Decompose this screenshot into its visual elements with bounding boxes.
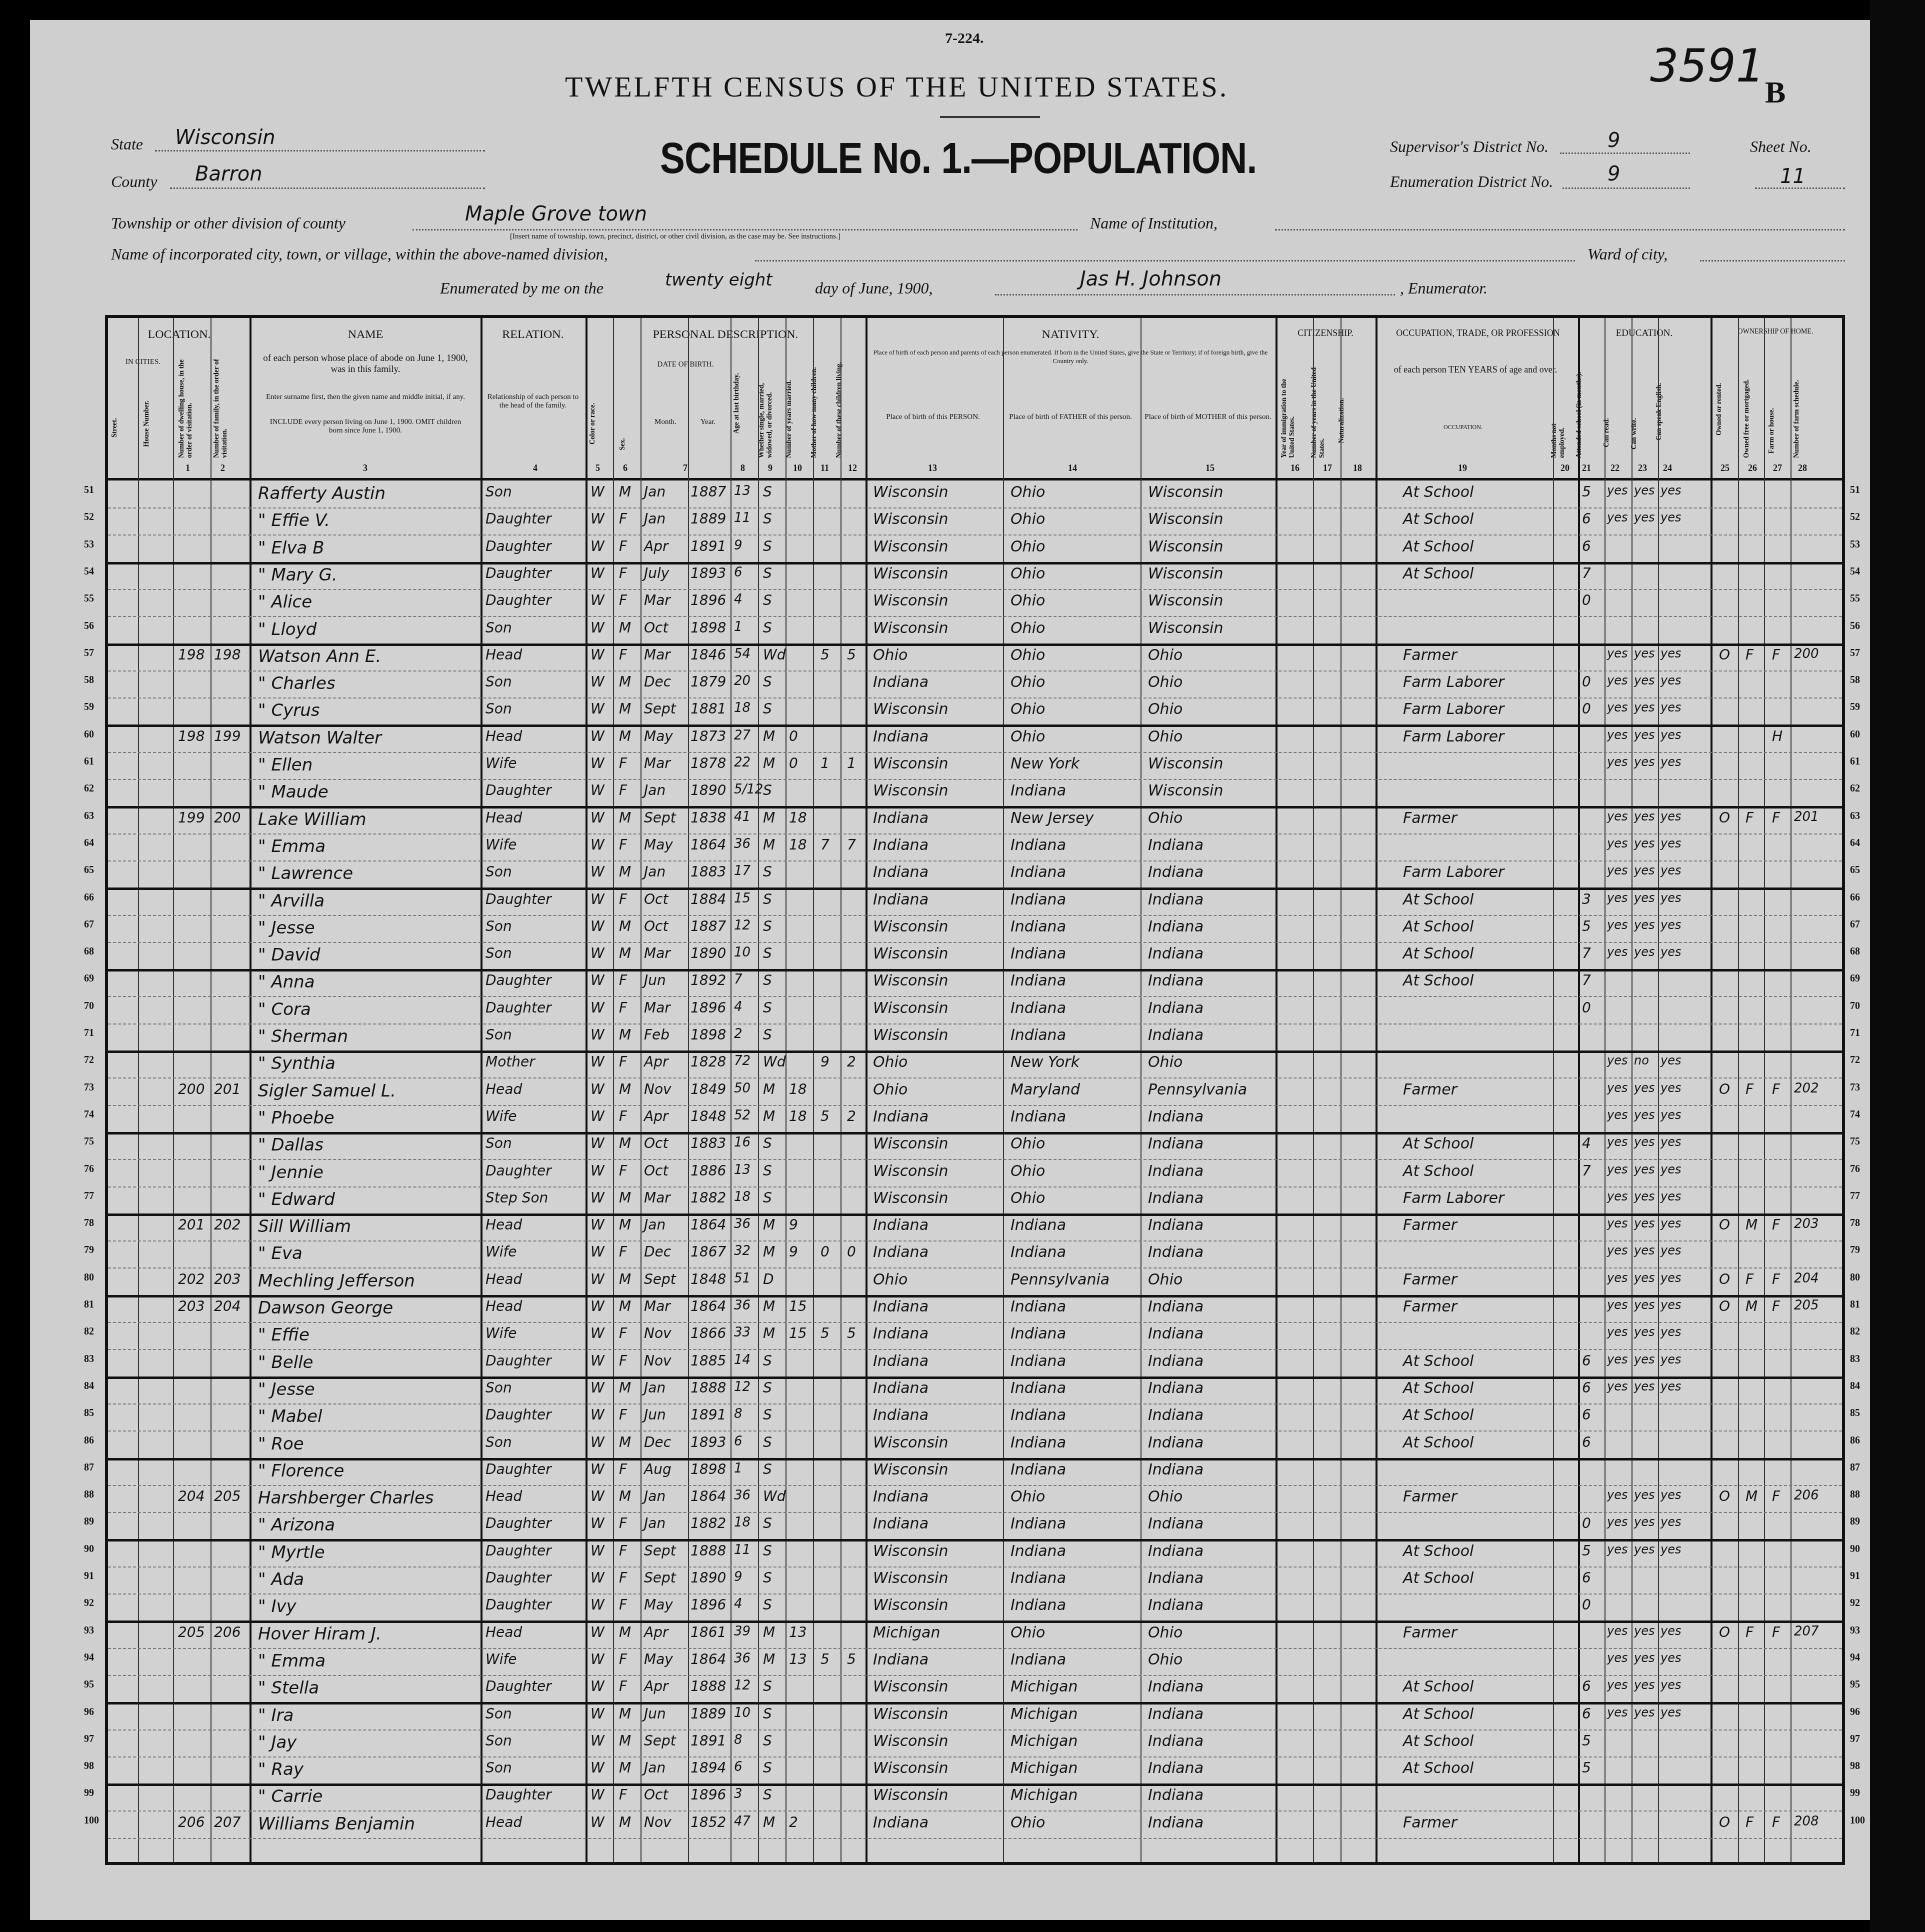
birth-month: May	[644, 728, 673, 744]
table-row: " Charles Son W M Dec 1879 20 S Indiana …	[108, 670, 1842, 698]
sex: M	[619, 863, 631, 880]
birthplace-person: Wisconsin	[873, 483, 948, 501]
birthplace-person: Wisconsin	[873, 1569, 948, 1587]
line-number-right: 99	[1850, 1787, 1860, 1799]
line-number-left: 59	[84, 701, 94, 713]
birthplace-father: Ohio	[1010, 1488, 1045, 1505]
birth-month: May	[644, 836, 673, 853]
person-name: Mechling Jefferson	[258, 1271, 415, 1291]
birth-year: 1846	[690, 646, 726, 663]
county-label: County	[111, 172, 157, 191]
age: 10	[734, 1705, 750, 1720]
vh-mother-of: Mother of how many children.	[810, 358, 818, 458]
table-row: 204 205 Harshberger Charles Head W M Jan…	[108, 1485, 1842, 1513]
can-read: yes	[1607, 1162, 1627, 1176]
birth-month: Mar	[644, 1298, 670, 1314]
relation: Head	[485, 1624, 522, 1640]
table-row: " Belle Daughter W F Nov 1885 14 S India…	[108, 1349, 1842, 1379]
sex: F	[619, 592, 627, 608]
birthplace-person: Wisconsin	[873, 1759, 948, 1777]
years-married: 9	[789, 1243, 798, 1260]
dwelling-number: 204	[178, 1488, 204, 1504]
sex: M	[619, 809, 631, 826]
months-school: 5	[1582, 483, 1591, 500]
birth-year: 1888	[690, 1542, 726, 1559]
table-row: " Effie Wife W F Nov 1866 33 M 15 5 5 In…	[108, 1322, 1842, 1350]
name-desc: of each person whose place of abode on J…	[263, 353, 468, 375]
color: W	[590, 592, 604, 608]
person-name: " Emma	[258, 1651, 325, 1671]
speaks-english: yes	[1660, 755, 1681, 769]
sex: M	[619, 1759, 631, 1776]
birth-year: 1852	[690, 1814, 726, 1830]
can-read: yes	[1607, 1352, 1627, 1366]
marital-status: M	[763, 755, 775, 771]
table-row: " Anna Daughter W F Jun 1892 7 S Wiscons…	[108, 969, 1842, 997]
months-school: 6	[1582, 1705, 1591, 1722]
sex: F	[619, 1678, 627, 1694]
sheet-letter: B	[1765, 75, 1785, 110]
birthplace-father: Michigan	[1010, 1759, 1078, 1777]
sex: M	[619, 1814, 631, 1830]
birth-year: 1888	[690, 1678, 726, 1694]
birthplace-person: Wisconsin	[873, 1461, 948, 1478]
birth-month: Jan	[644, 1216, 665, 1233]
farm-house: F	[1772, 1081, 1780, 1097]
color: W	[590, 1488, 604, 1504]
table-row: " Mabel Daughter W F Jun 1891 8 S Indian…	[108, 1403, 1842, 1431]
age: 4	[734, 592, 742, 607]
birthplace-mother: Wisconsin	[1148, 538, 1223, 555]
enumerator-line	[995, 294, 1395, 295]
table-row: 198 198 Watson Ann E. Head W F Mar 1846 …	[108, 643, 1842, 671]
sex: F	[619, 891, 627, 907]
can-write: yes	[1634, 1542, 1654, 1556]
birth-year: 1882	[690, 1189, 726, 1206]
occupation: Farm Laborer	[1403, 673, 1504, 691]
birth-year: 1888	[690, 1379, 726, 1396]
can-write: yes	[1634, 1216, 1654, 1230]
vh-immigration: Year of immigration to the United States…	[1280, 363, 1296, 458]
marital-status: S	[763, 1189, 772, 1206]
age: 36	[734, 1298, 750, 1313]
line-number-right: 57	[1850, 647, 1860, 659]
relation: Daughter	[485, 592, 551, 608]
birth-year: 1887	[690, 918, 726, 934]
marital-status: S	[763, 1352, 772, 1369]
age: 5/12	[734, 782, 763, 797]
age: 1	[734, 1461, 742, 1476]
birth-year: 1861	[690, 1624, 726, 1640]
can-write: yes	[1634, 483, 1654, 497]
line-number-right: 78	[1850, 1217, 1860, 1229]
state-line	[155, 150, 485, 151]
can-write: yes	[1634, 510, 1654, 524]
marital-status: M	[763, 809, 775, 826]
line-number-left: 75	[84, 1136, 94, 1147]
relation: Daughter	[485, 782, 551, 798]
person-name: " Edward	[258, 1189, 335, 1209]
age: 52	[734, 1108, 750, 1123]
person-name: " Stella	[258, 1678, 319, 1698]
person-name: " Jesse	[258, 918, 315, 938]
birth-year: 1898	[690, 1026, 726, 1043]
marital-status: S	[763, 1026, 772, 1043]
birthplace-person: Ohio	[873, 646, 907, 664]
line-number-right: 73	[1850, 1082, 1860, 1093]
color: W	[590, 619, 604, 636]
birthplace-father: Ohio	[1010, 538, 1045, 555]
marital-status: S	[763, 565, 772, 581]
color: W	[590, 483, 604, 500]
relation: Daughter	[485, 1406, 551, 1423]
birthplace-father: New Jersey	[1010, 809, 1093, 827]
colnum-20: 20	[1560, 463, 1569, 473]
birthplace-father: Indiana	[1010, 918, 1066, 935]
speaks-english: yes	[1660, 1108, 1681, 1122]
marital-status: S	[763, 945, 772, 961]
person-name: " David	[258, 945, 320, 965]
table-row: 199 200 Lake William Head W M Sept 1838 …	[108, 806, 1842, 834]
table-row: " Ivy Daughter W F May 1896 4 S Wisconsi…	[108, 1593, 1842, 1623]
table-row: " Ellen Wife W F Mar 1878 22 M 0 1 1 Wis…	[108, 752, 1842, 780]
birthplace-father: Ohio	[1010, 646, 1045, 664]
stamp-number: 3591	[1650, 40, 1764, 92]
can-read: yes	[1607, 918, 1627, 932]
person-name: " Ellen	[258, 755, 312, 775]
free-mortgaged: F	[1745, 646, 1753, 663]
color: W	[590, 1298, 604, 1314]
color: W	[590, 863, 604, 880]
age: 36	[734, 1651, 750, 1666]
person-name: " Ray	[258, 1759, 303, 1779]
line-number-right: 86	[1850, 1435, 1860, 1446]
color: W	[590, 1651, 604, 1667]
line-number-left: 84	[84, 1380, 94, 1392]
birthplace-father: Ohio	[1010, 510, 1045, 528]
relation: Son	[485, 1379, 512, 1396]
township-line	[412, 229, 1077, 230]
speaks-english: yes	[1660, 1515, 1681, 1529]
age: 6	[734, 1434, 742, 1449]
colnum-25: 25	[1720, 463, 1729, 473]
occupation: Farm Laborer	[1403, 700, 1504, 718]
birthplace-person: Wisconsin	[873, 700, 948, 718]
age: 11	[734, 510, 750, 525]
birthplace-mother: Wisconsin	[1148, 755, 1223, 772]
person-name: " Anna	[258, 972, 315, 992]
sex: M	[619, 1732, 631, 1749]
line-number-left: 78	[84, 1217, 94, 1229]
birthplace-mother: Wisconsin	[1148, 565, 1223, 582]
line-number-right: 62	[1850, 783, 1860, 794]
birthplace-father: Indiana	[1010, 1026, 1066, 1044]
occupation: Farmer	[1403, 1488, 1457, 1505]
months-school: 5	[1582, 1732, 1591, 1749]
months-school: 7	[1582, 945, 1591, 961]
line-number-left: 81	[84, 1299, 94, 1310]
mother-of: 5	[820, 1651, 829, 1667]
can-read: yes	[1607, 1379, 1627, 1393]
speaks-english: yes	[1660, 891, 1681, 905]
marital-status: S	[763, 700, 772, 717]
relation: Wife	[485, 1108, 517, 1124]
occupation: At School	[1403, 1406, 1473, 1424]
can-read: yes	[1607, 1651, 1627, 1665]
marital-status: M	[763, 1624, 775, 1640]
relation: Wife	[485, 1325, 517, 1341]
birthplace-father: Michigan	[1010, 1732, 1078, 1750]
birth-year: 1884	[690, 891, 726, 907]
birth-year: 1891	[690, 1732, 726, 1749]
owned-rented: O	[1719, 1814, 1730, 1830]
person-name: Williams Benjamin	[258, 1814, 415, 1834]
marital-status: M	[763, 1081, 775, 1097]
mother-of: 9	[820, 1053, 829, 1070]
age: 7	[734, 972, 742, 987]
birthplace-person: Indiana	[873, 1298, 928, 1315]
birth-month: Mar	[644, 592, 670, 608]
month-label: Month.	[643, 418, 688, 426]
birthplace-person: Indiana	[873, 1379, 928, 1397]
color: W	[590, 1678, 604, 1694]
months-school: 3	[1582, 891, 1591, 907]
age: 12	[734, 918, 750, 933]
occupation: At School	[1403, 1542, 1473, 1560]
can-read: yes	[1607, 1515, 1627, 1529]
birthplace-mother: Indiana	[1148, 1243, 1203, 1261]
dwelling-number: 198	[178, 728, 204, 744]
enumeration-value: 9	[1607, 162, 1620, 185]
farm-schedule: 204	[1794, 1271, 1819, 1286]
person-name: " Effie V.	[258, 510, 330, 530]
group-occupation: OCCUPATION, TRADE, OR PROFESSION	[1378, 328, 1578, 338]
relation: Daughter	[485, 891, 551, 907]
mother-of: 1	[820, 755, 829, 771]
months-school: 0	[1582, 700, 1591, 717]
color: W	[590, 700, 604, 717]
line-number-right: 65	[1850, 864, 1860, 876]
color: W	[590, 646, 604, 663]
person-name: " Jay	[258, 1732, 296, 1752]
can-write: yes	[1634, 755, 1654, 769]
age: 13	[734, 483, 750, 498]
sex: F	[619, 1569, 627, 1586]
birth-month: Jan	[644, 1759, 665, 1776]
relation: Mother	[485, 1053, 535, 1070]
farm-schedule: 208	[1794, 1814, 1819, 1829]
line-number-left: 95	[84, 1679, 94, 1690]
years-married: 13	[789, 1624, 807, 1640]
color: W	[590, 972, 604, 988]
birth-father-label: Place of birth of FATHER of this person.	[1005, 413, 1135, 421]
occupation: At School	[1403, 1678, 1473, 1695]
birthplace-father: Indiana	[1010, 836, 1066, 854]
birth-month: Sept	[644, 700, 676, 717]
birthplace-mother: Wisconsin	[1148, 592, 1223, 609]
birth-year: 1881	[690, 700, 726, 717]
relation: Daughter	[485, 999, 551, 1016]
can-read: yes	[1607, 891, 1627, 905]
speaks-english: yes	[1660, 1216, 1681, 1230]
scan-border	[1870, 0, 1925, 1932]
farm-house: F	[1772, 1488, 1780, 1504]
years-married: 9	[789, 1216, 798, 1233]
birth-month: Jan	[644, 1488, 665, 1504]
line-number-left: 53	[84, 539, 94, 550]
sheet-no-value: 11	[1780, 165, 1805, 188]
birth-year: 1896	[690, 1596, 726, 1613]
line-number-left: 82	[84, 1326, 94, 1337]
birth-year: 1893	[690, 1434, 726, 1450]
birthplace-father: Ohio	[1010, 1162, 1045, 1180]
person-name: " Roe	[258, 1434, 304, 1454]
birth-person-label: Place of birth of this PERSON.	[868, 413, 998, 421]
birthplace-person: Wisconsin	[873, 538, 948, 555]
line-number-right: 91	[1850, 1570, 1860, 1582]
birthplace-mother: Indiana	[1148, 1026, 1203, 1044]
sex: F	[619, 538, 627, 554]
birth-year: 1864	[690, 1488, 726, 1504]
line-number-right: 56	[1850, 620, 1860, 632]
farm-house: H	[1772, 728, 1782, 744]
person-name: " Arizona	[258, 1515, 335, 1535]
birthplace-mother: Indiana	[1148, 1189, 1203, 1207]
dwelling-number: 203	[178, 1298, 204, 1314]
line-number-right: 53	[1850, 539, 1860, 550]
birth-year: 1879	[690, 673, 726, 690]
speaks-english: yes	[1660, 1135, 1681, 1149]
sex: M	[619, 1189, 631, 1206]
occupation: At School	[1403, 972, 1473, 989]
birth-year: 1889	[690, 1705, 726, 1722]
table-row: 206 207 Williams Benjamin Head W M Nov 1…	[108, 1811, 1842, 1839]
months-school: 6	[1582, 1678, 1591, 1694]
family-number: 202	[214, 1216, 240, 1233]
months-school: 6	[1582, 1434, 1591, 1450]
age: 10	[734, 945, 750, 960]
birthplace-person: Michigan	[873, 1624, 940, 1641]
sex: M	[619, 619, 631, 636]
color: W	[590, 538, 604, 554]
farm-schedule: 205	[1794, 1298, 1819, 1313]
birthplace-father: New York	[1010, 755, 1079, 772]
birthplace-person: Wisconsin	[873, 565, 948, 582]
can-write: yes	[1634, 1081, 1654, 1095]
can-read: yes	[1607, 1678, 1627, 1692]
can-read: yes	[1607, 1081, 1627, 1095]
farm-house: F	[1772, 809, 1780, 826]
birth-year: 1828	[690, 1053, 726, 1070]
relation: Head	[485, 1298, 522, 1314]
birth-year: 1887	[690, 483, 726, 500]
children-living: 0	[847, 1243, 856, 1260]
age: 12	[734, 1379, 750, 1394]
age: 18	[734, 1189, 750, 1204]
occupation-desc: of each person TEN YEARS of age and over…	[1383, 365, 1568, 374]
birth-month: Jun	[644, 1705, 666, 1722]
free-mortgaged: F	[1745, 1814, 1753, 1830]
relation-desc: Relationship of each person to the head …	[485, 393, 580, 410]
sex: F	[619, 1406, 627, 1423]
birth-year: 1864	[690, 1216, 726, 1233]
colnum-16: 16	[1290, 463, 1299, 473]
farm-schedule: 201	[1794, 809, 1819, 824]
speaks-english: yes	[1660, 809, 1681, 823]
farm-house: F	[1772, 1216, 1780, 1233]
color: W	[590, 1624, 604, 1640]
vh-farm-house: Farm or house.	[1768, 408, 1776, 453]
birth-month: Feb	[644, 1026, 669, 1043]
line-number-left: 64	[84, 837, 94, 849]
relation: Head	[485, 1271, 522, 1287]
vh-children-living: Number of these children living.	[835, 358, 843, 458]
sex: M	[619, 673, 631, 690]
relation: Head	[485, 646, 522, 663]
birthplace-father: Michigan	[1010, 1786, 1078, 1804]
marital-status: S	[763, 972, 772, 988]
person-name: " Ira	[258, 1705, 293, 1725]
colnum-10: 10	[793, 463, 802, 473]
population-table: LOCATION. IN CITIES. NAME of each person…	[105, 315, 1845, 1865]
can-read: yes	[1607, 728, 1627, 742]
birthplace-person: Wisconsin	[873, 592, 948, 609]
person-name: " Emma	[258, 836, 325, 856]
birth-month: Oct	[644, 1135, 668, 1151]
speaks-english: yes	[1660, 1298, 1681, 1312]
line-number-left: 72	[84, 1054, 94, 1066]
person-name: " Carrie	[258, 1786, 322, 1806]
relation: Daughter	[485, 1352, 551, 1369]
can-read: yes	[1607, 809, 1627, 823]
farm-schedule: 206	[1794, 1488, 1819, 1503]
birth-month: Mar	[644, 755, 670, 771]
relation: Daughter	[485, 1569, 551, 1586]
birth-month: Mar	[644, 1189, 670, 1206]
color: W	[590, 1461, 604, 1477]
marital-status: S	[763, 1434, 772, 1450]
color: W	[590, 755, 604, 771]
relation: Daughter	[485, 972, 551, 988]
speaks-english: yes	[1660, 1081, 1681, 1095]
sex: F	[619, 1542, 627, 1559]
table-row: " Myrtle Daughter W F Sept 1888 11 S Wis…	[108, 1539, 1842, 1567]
speaks-english: yes	[1660, 1651, 1681, 1665]
line-number-left: 80	[84, 1272, 94, 1283]
age: 6	[734, 565, 742, 580]
months-school: 6	[1582, 1569, 1591, 1586]
birth-month: Jan	[644, 782, 665, 798]
sex: F	[619, 972, 627, 988]
birthplace-mother: Indiana	[1148, 1379, 1203, 1397]
relation: Son	[485, 673, 512, 690]
table-row: " Jennie Daughter W F Oct 1886 13 S Wisc…	[108, 1159, 1842, 1187]
table-row: " Jesse Son W M Oct 1887 12 S Wisconsin …	[108, 915, 1842, 943]
sex: F	[619, 1162, 627, 1179]
years-married: 2	[789, 1814, 798, 1830]
can-read: yes	[1607, 673, 1627, 687]
birth-year: 1849	[690, 1081, 726, 1097]
birth-year: 1886	[690, 1162, 726, 1179]
birthplace-mother: Indiana	[1148, 1298, 1203, 1315]
color: W	[590, 1271, 604, 1287]
children-living: 5	[847, 1651, 856, 1667]
line-number-left: 77	[84, 1190, 94, 1202]
birthplace-father: Ohio	[1010, 565, 1045, 582]
colnum-15: 15	[1205, 463, 1214, 473]
birthplace-mother: Ohio	[1148, 1271, 1182, 1288]
relation: Son	[485, 1026, 512, 1043]
